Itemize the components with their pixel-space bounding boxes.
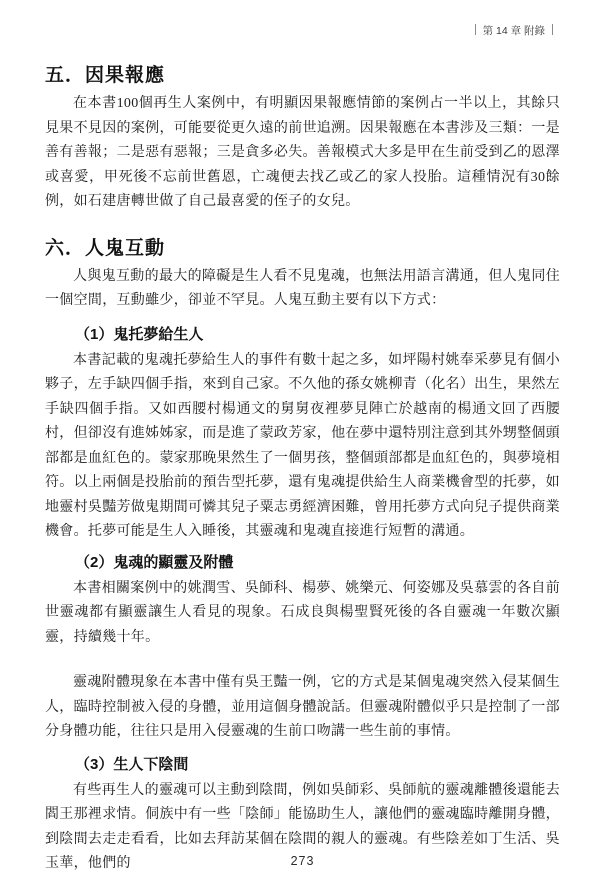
header-left-bar — [475, 24, 476, 35]
subsection-2-paragraph-1: 本書相關案例中的姚潤雪、吳師科、楊夢、姚樂元、何姿娜及吳慕雲的各自前世靈魂都有顯… — [45, 577, 560, 651]
subsection-3-heading: （3）生人下陰間 — [45, 755, 560, 775]
section-6-intro-paragraph: 人與鬼互動的最大的障礙是生人看不見鬼魂，也無法用語言溝通，但人鬼同住一個空間，互… — [45, 265, 560, 314]
subsection-2-heading: （2）鬼魂的顯靈及附體 — [45, 553, 560, 573]
subsection-1-heading: （1）鬼托夢給生人 — [45, 325, 560, 345]
section-6-heading: 六．人鬼互動 — [45, 237, 560, 261]
subsection-1-paragraph: 本書記載的鬼魂托夢給生人的事件有數十起之多，如坪陽村姚奉采夢見有個小夥子，左手缺… — [45, 349, 560, 545]
section-5-heading: 五．因果報應 — [45, 64, 560, 88]
running-header: 第 14 章 附錄 — [45, 24, 560, 38]
subsection-2-paragraph-2: 靈魂附體現象在本書中僅有吳王豔一例，它的方式是某個鬼魂突然入侵某個生人，臨時控制… — [45, 671, 560, 745]
page-number: 273 — [0, 854, 605, 868]
header-title: 第 14 章 附錄 — [483, 25, 545, 37]
header-right-bar — [552, 24, 553, 35]
book-page: 第 14 章 附錄 五．因果報應 在本書100個再生人案例中，有明顯因果報應情節… — [0, 0, 605, 896]
section-5-paragraph: 在本書100個再生人案例中，有明顯因果報應情節的案例占一半以上，其餘只見果不見因… — [45, 92, 560, 215]
